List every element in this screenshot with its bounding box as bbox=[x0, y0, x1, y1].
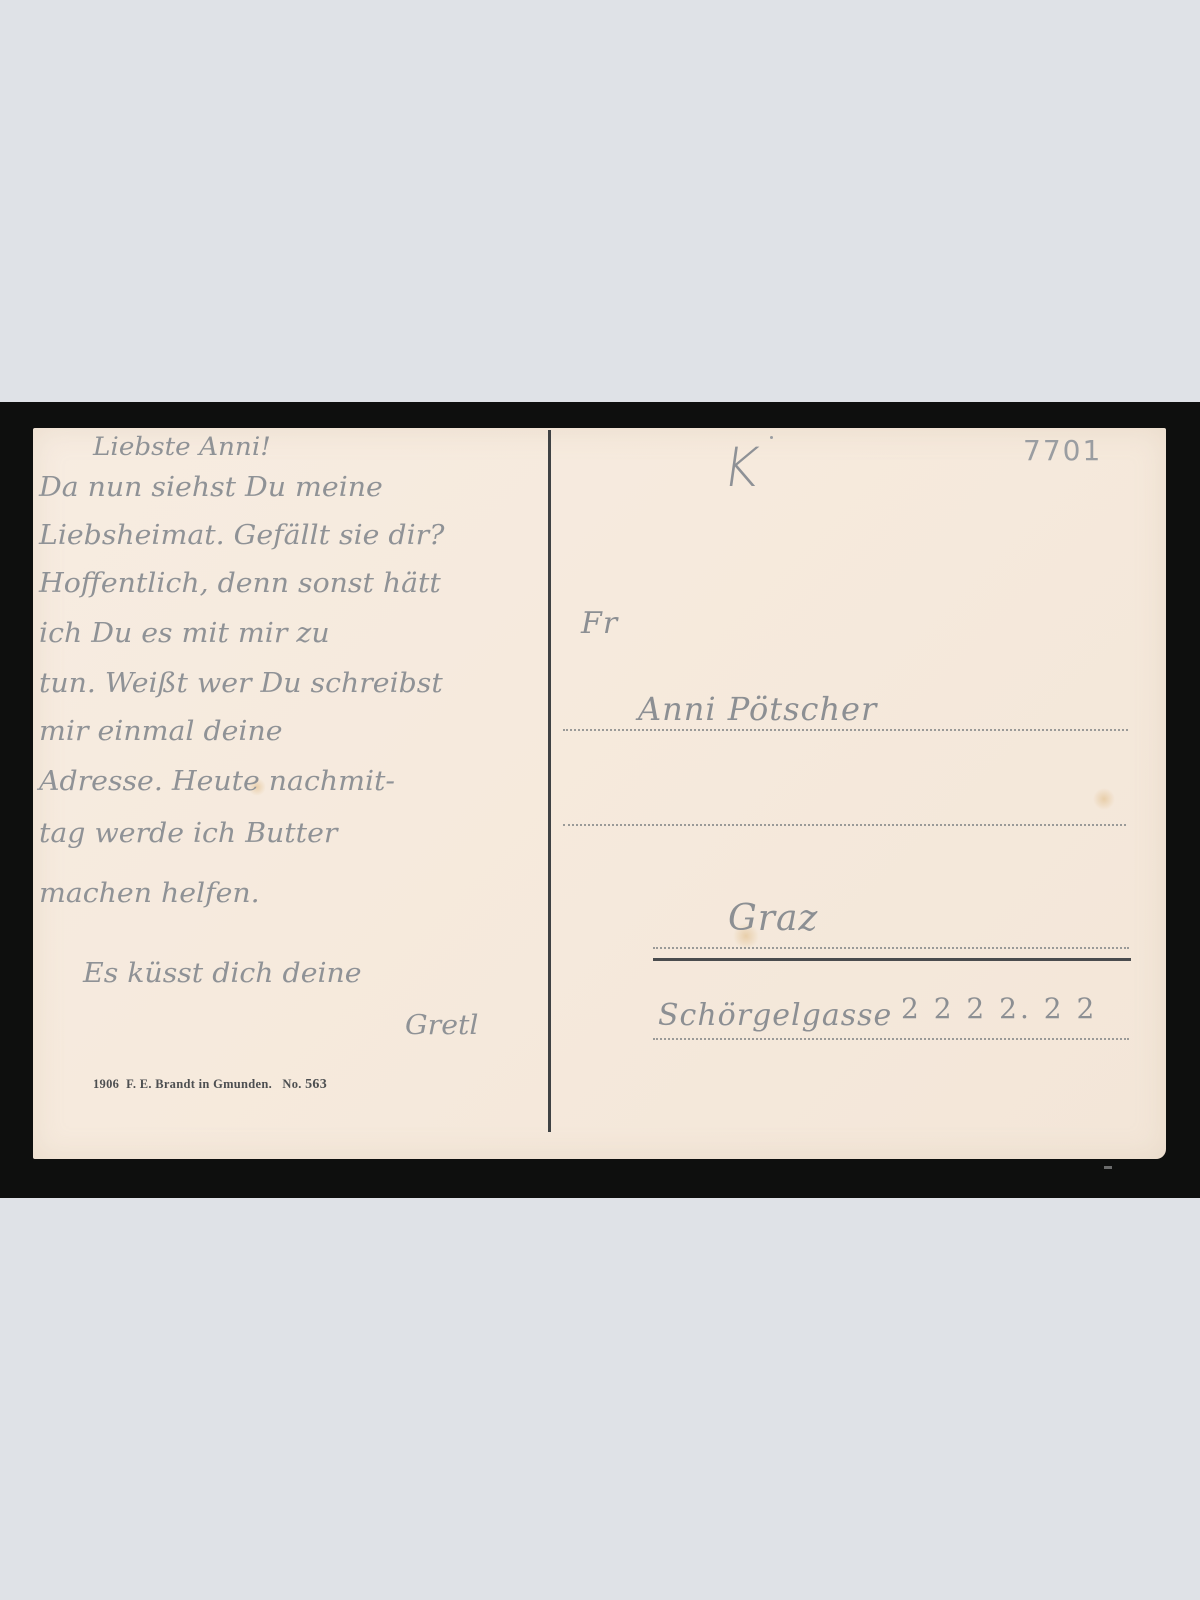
city-underline bbox=[653, 958, 1131, 961]
pencil-corner-mark: K bbox=[719, 436, 763, 499]
imprint-number-label: No. bbox=[282, 1077, 301, 1091]
publisher-imprint: 1906 F. E. Brandt in Gmunden. No. 563 bbox=[93, 1077, 327, 1093]
message-greeting: Liebste Anni! bbox=[93, 432, 271, 461]
address-city: Graz bbox=[728, 898, 818, 939]
message-line: Hoffentlich, denn sonst hätt bbox=[39, 568, 441, 599]
message-line: machen helfen. bbox=[39, 878, 260, 909]
message-line: mir einmal deine bbox=[39, 716, 283, 747]
address-street-number-marks: 2 2 2 2. 2 2 bbox=[901, 992, 1097, 1025]
age-stain bbox=[1093, 788, 1115, 810]
message-line: Adresse. Heute nachmit- bbox=[39, 766, 395, 797]
postcard-back: Liebste Anni! Da nun siehst Du meine Lie… bbox=[33, 428, 1166, 1159]
imprint-publisher: F. E. Brandt in Gmunden. bbox=[126, 1077, 272, 1091]
address-street: Schörgelgasse bbox=[658, 998, 892, 1033]
message-signature: Gretl bbox=[405, 1010, 478, 1041]
address-line-1 bbox=[563, 729, 1128, 731]
center-divider-line bbox=[548, 430, 551, 1132]
message-line: Da nun siehst Du meine bbox=[39, 472, 383, 503]
message-line: ich Du es mit mir zu bbox=[39, 618, 330, 649]
pencil-reference-number: 7701 bbox=[1023, 434, 1102, 467]
address-line-4 bbox=[653, 1038, 1129, 1040]
imprint-year: 1906 bbox=[93, 1077, 119, 1091]
address-recipient: Anni Pötscher bbox=[638, 690, 877, 728]
message-line: tag werde ich Butter bbox=[39, 818, 337, 849]
address-line-2 bbox=[563, 824, 1126, 826]
imprint-number: 563 bbox=[305, 1077, 327, 1092]
address-line-3 bbox=[653, 947, 1129, 949]
pencil-dot bbox=[770, 436, 773, 439]
message-line: tun. Weißt wer Du schreibst bbox=[39, 668, 443, 699]
message-closing: Es küsst dich deine bbox=[83, 958, 362, 989]
message-line: Liebsheimat. Gefällt sie dir? bbox=[39, 520, 444, 551]
dust-speck bbox=[1104, 1166, 1112, 1169]
address-prefix: Fr bbox=[581, 606, 618, 641]
